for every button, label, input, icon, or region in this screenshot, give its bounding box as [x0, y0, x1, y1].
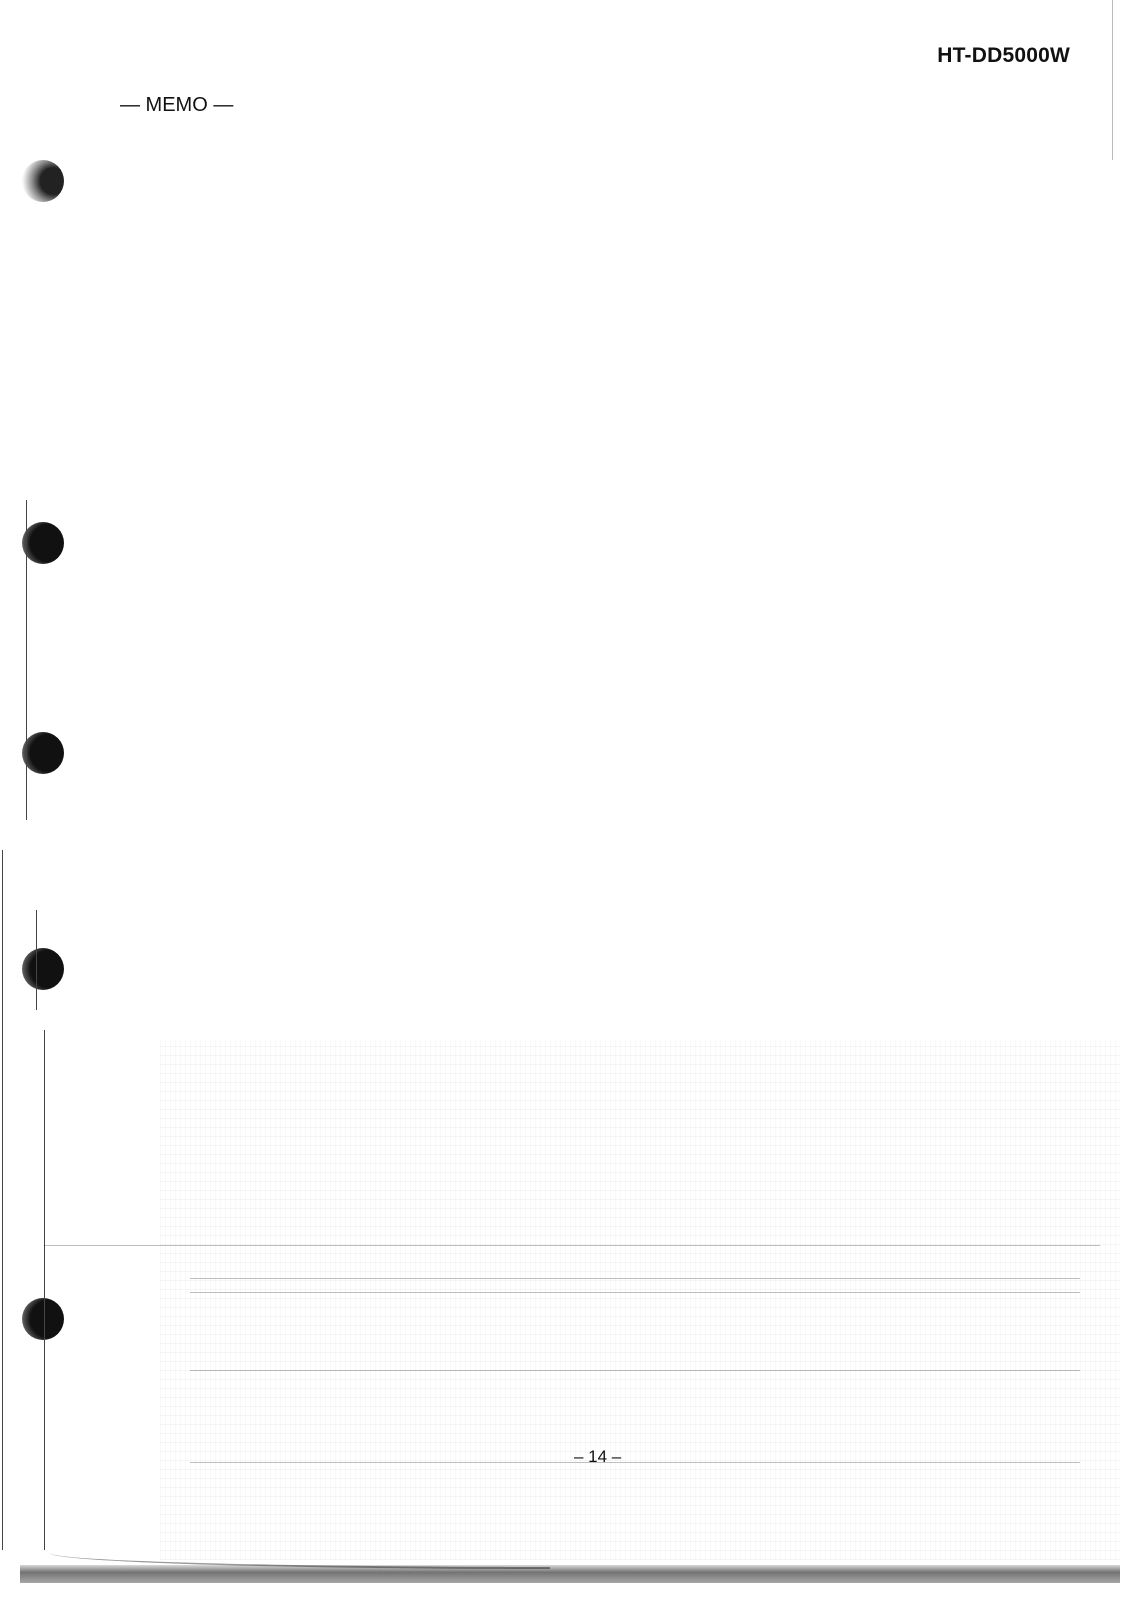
memo-title: — MEMO —	[120, 94, 233, 117]
scan-bleed-through	[160, 1040, 1120, 1560]
punch-hole-icon	[22, 1298, 64, 1340]
model-number: HT-DD5000W	[937, 44, 1070, 68]
page-number: – 14 –	[574, 1447, 621, 1467]
scan-rule	[190, 1292, 1080, 1293]
scan-rule	[190, 1462, 1080, 1463]
binding-line	[2, 850, 3, 1550]
scan-rule	[44, 1245, 1100, 1246]
binding-line	[36, 910, 37, 1010]
binding-line	[1112, 0, 1113, 160]
punch-hole-icon	[22, 732, 64, 774]
punch-hole-icon	[22, 160, 64, 202]
binding-line	[44, 1030, 45, 1550]
punch-hole-icon	[22, 522, 64, 564]
scan-bottom-edge	[20, 1565, 1120, 1583]
scan-rule	[190, 1278, 1080, 1279]
scan-rule	[190, 1370, 1080, 1371]
punch-hole-icon	[22, 948, 64, 990]
binding-line	[26, 500, 27, 820]
